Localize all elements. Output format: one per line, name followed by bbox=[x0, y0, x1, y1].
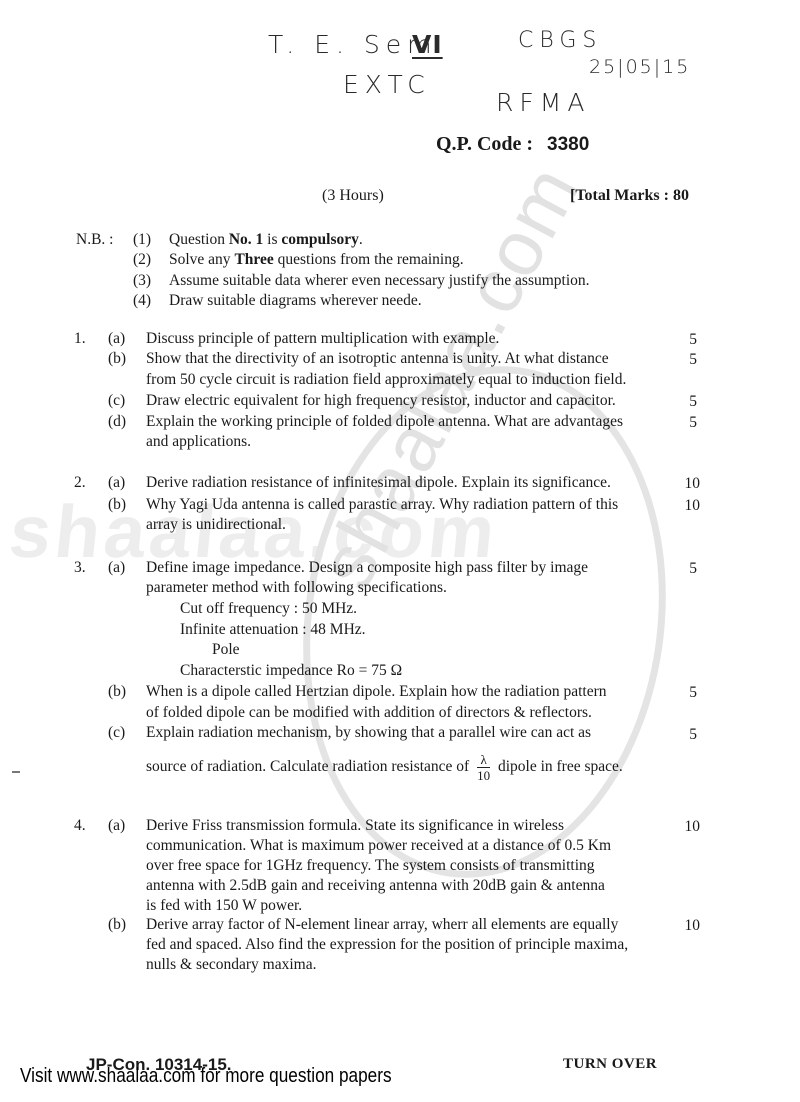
question-text: Draw electric equivalent for high freque… bbox=[146, 392, 616, 410]
marks: 5 bbox=[667, 726, 697, 744]
part-label: (c) bbox=[108, 392, 125, 410]
part-label: (b) bbox=[108, 496, 126, 514]
part-label: (a) bbox=[108, 474, 125, 492]
question-text: is fed with 150 W power. bbox=[146, 897, 302, 915]
question-text: of folded dipole can be modified with ad… bbox=[146, 704, 592, 722]
marks: 5 bbox=[667, 331, 697, 349]
marks: 10 bbox=[670, 497, 700, 515]
handwritten-branch: EXTC bbox=[343, 70, 431, 99]
marks: 10 bbox=[670, 475, 700, 493]
question-text: communication. What is maximum power rec… bbox=[146, 837, 611, 855]
question-number: 1. bbox=[74, 330, 86, 348]
question-text: Define image impedance. Design a composi… bbox=[146, 559, 588, 577]
part-label: (b) bbox=[108, 350, 126, 368]
part-label: (b) bbox=[108, 916, 126, 934]
part-label: (b) bbox=[108, 683, 126, 701]
handwritten-subject: RFMA bbox=[496, 88, 590, 117]
marks: 5 bbox=[667, 414, 697, 432]
handwritten-date: 25|05|15 bbox=[589, 56, 690, 78]
part-label: (c) bbox=[108, 724, 125, 742]
marks: 5 bbox=[667, 351, 697, 369]
marks: 5 bbox=[667, 393, 697, 411]
handwritten-scheme: CBGS bbox=[518, 28, 602, 53]
question-text-with-fraction: source of radiation. Calculate radiation… bbox=[146, 752, 623, 783]
handwritten-semester: VI bbox=[412, 30, 443, 59]
question-text: over free space for 1GHz frequency. The … bbox=[146, 857, 595, 875]
question-text: Why Yagi Uda antenna is called parastic … bbox=[146, 496, 618, 514]
spec-line: Cut off frequency : 50 MHz. bbox=[180, 600, 357, 618]
part-label: (a) bbox=[108, 559, 125, 577]
marks: 10 bbox=[670, 818, 700, 836]
question-text: array is unidirectional. bbox=[146, 516, 286, 534]
question-text: parameter method with following specific… bbox=[146, 579, 447, 597]
qp-code-value: 3380 bbox=[547, 134, 589, 155]
note-item: (2)Solve any Three questions from the re… bbox=[133, 251, 464, 269]
part-label: (a) bbox=[108, 817, 125, 835]
question-text: Derive Friss transmission formula. State… bbox=[146, 817, 564, 835]
question-text: Derive radiation resistance of infinites… bbox=[146, 474, 611, 492]
lambda-fraction: λ10 bbox=[477, 752, 490, 783]
question-text: from 50 cycle circuit is radiation field… bbox=[146, 371, 626, 389]
qp-code-label: Q.P. Code : bbox=[436, 133, 533, 155]
spec-line: Pole bbox=[212, 641, 240, 659]
qp-code: Q.P. Code :3380 bbox=[436, 133, 589, 156]
spec-line: Infinite attenuation : 48 MHz. bbox=[180, 621, 366, 639]
note-item: (1)Question No. 1 is compulsory. bbox=[133, 231, 363, 249]
total-marks: [Total Marks : 80 bbox=[570, 187, 689, 205]
marks: 5 bbox=[667, 684, 697, 702]
marks: 10 bbox=[670, 917, 700, 935]
note-item: (4)Draw suitable diagrams wherever neede… bbox=[133, 292, 422, 310]
marks: 5 bbox=[667, 560, 697, 578]
duration: (3 Hours) bbox=[322, 187, 384, 205]
question-text: and applications. bbox=[146, 433, 251, 451]
part-label: (a) bbox=[108, 330, 125, 348]
visit-link-text[interactable]: Visit www.shaalaa.com for more question … bbox=[20, 1065, 392, 1088]
turn-over: TURN OVER bbox=[563, 1056, 657, 1073]
question-text: Discuss principle of pattern multiplicat… bbox=[146, 330, 499, 348]
question-text: nulls & secondary maxima. bbox=[146, 956, 316, 974]
question-text: Show that the directivity of an isotropt… bbox=[146, 350, 609, 368]
question-number: 2. bbox=[74, 474, 86, 492]
question-text: fed and spaced. Also find the expression… bbox=[146, 936, 628, 954]
question-paper-page: shaalaa.com shaalaa.com T. E. Sem VI CBG… bbox=[0, 0, 800, 1102]
note-item: (3)Assume suitable data wherer even nece… bbox=[133, 272, 590, 290]
question-text: antenna with 2.5dB gain and receiving an… bbox=[146, 877, 605, 895]
question-number: 4. bbox=[74, 817, 86, 835]
margin-mark bbox=[12, 771, 20, 773]
notes-label: N.B. : bbox=[76, 231, 113, 249]
question-number: 3. bbox=[74, 559, 86, 577]
question-text: Derive array factor of N-element linear … bbox=[146, 916, 618, 934]
question-text: Explain the working principle of folded … bbox=[146, 413, 623, 431]
spec-line: Characterstic impedance Ro = 75 Ω bbox=[180, 662, 402, 680]
question-text: When is a dipole called Hertzian dipole.… bbox=[146, 683, 607, 701]
question-text: Explain radiation mechanism, by showing … bbox=[146, 724, 591, 742]
part-label: (d) bbox=[108, 413, 126, 431]
